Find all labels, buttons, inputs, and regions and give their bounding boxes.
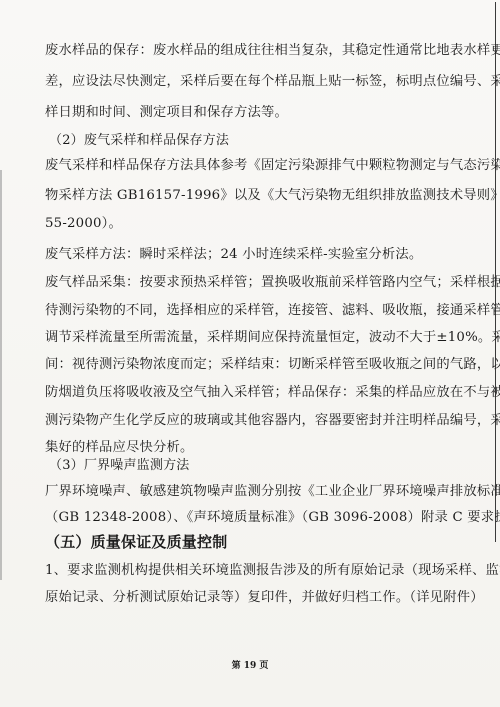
text-line: 原始记录、分析测试原始记录等）复印件，并做好归档工作。（详见附件） (45, 590, 484, 606)
text-line: （GB 12348-2008）、《声环境质量标准》（GB 3096-2008）附… (45, 510, 500, 526)
text-line: 物采样方法 GB16157-1996》以及《大气污染物无组织排放监测技术导则》（… (45, 188, 500, 204)
text-line: 废气采样和样品保存方法具体参考《固定污染源排气中颗粒物测定与气态污染 (45, 158, 500, 174)
text-line: 厂界环境噪声、敏感建筑物噪声监测分别按《工业企业厂界环境噪声排放标准》 (45, 484, 500, 500)
document-page: 废水样品的保存：废水样品的组成往往相当复杂，其稳定性通常比地表水样更 差，应设法… (0, 0, 500, 707)
text-line: 废气采样方法：瞬时采样法；24 小时连续采样-实验室分析法。 (45, 247, 422, 263)
text-line: 废水样品的保存：废水样品的组成往往相当复杂，其稳定性通常比地表水样更 (45, 43, 500, 59)
text-line: 废气样品采集：按要求预热采样管；置换吸收瓶前采样管路内空气；采样根据 (45, 275, 500, 291)
text-line: 差，应设法尽快测定，采样后要在每个样品瓶上贴一标签，标明点位编号、采 (45, 74, 500, 90)
subsection-heading: （2）废气采样和样品保存方法 (49, 133, 229, 149)
text-line: 样日期和时间、测定项目和保存方法等。 (45, 105, 288, 121)
text-line: 集好的样品应尽快分析。 (45, 440, 193, 456)
subsection-heading: （3）厂界噪声监测方法 (49, 458, 189, 474)
page-number: 第 19 页 (0, 658, 500, 671)
text-line: 调节采样流量至所需流量，采样期间应保持流量恒定，波动不大于±10%。采样时 (45, 330, 500, 346)
scan-edge-left (0, 170, 2, 580)
text-line: 55-2000）。 (45, 216, 122, 232)
text-line: 防烟道负压将吸收液及空气抽入采样管；样品保存：采集的样品应放在不与被 (45, 385, 500, 401)
text-line: 测污染物产生化学反应的玻璃或其他容器内，容器要密封并注明样品编号，采 (45, 413, 500, 429)
text-line: 间：视待测污染物浓度而定；采样结束：切断采样管至吸收瓶之间的气路，以 (45, 357, 500, 373)
text-line: 待测污染物的不同，选择相应的采样管，连接管、滤料、吸收瓶，接通采样管路， (45, 303, 500, 319)
text-line: 1、要求监测机构提供相关环境监测报告涉及的所有原始记录（现场采样、监测 (45, 563, 500, 579)
section-heading: （五）质量保证及质量控制 (45, 534, 227, 550)
